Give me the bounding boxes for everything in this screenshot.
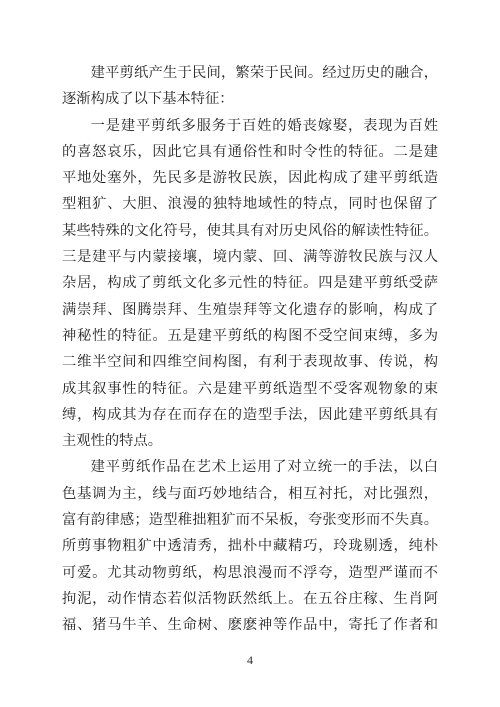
- text-line: 缚，构成其为存在而存在的造型手法，因此建平剪纸具有: [62, 402, 438, 428]
- text-line: 所剪事物粗犷中透清秀，拙朴中藏精巧，玲珑剔透，纯朴: [62, 533, 438, 559]
- text-line: 的喜怒哀乐，因此它具有通俗性和时令性的特征。二是建: [62, 139, 438, 165]
- text-line: 色基调为主，线与面巧妙地结合，相互衬托，对比强烈，: [62, 481, 438, 507]
- text-line: 某些特殊的文化符号，使其具有对历史风俗的解读性特征。: [62, 218, 438, 244]
- text-line: 型粗犷、大胆、浪漫的独特地域性的特点，同时也保留了: [62, 191, 438, 217]
- text-line: 一是建平剪纸多服务于百姓的婚丧嫁娶，表现为百姓: [62, 113, 438, 139]
- text-line: 平地处塞外，先民多是游牧民族，因此构成了建平剪纸造: [62, 165, 438, 191]
- text-line: 主观性的特点。: [62, 428, 438, 454]
- page-number: 4: [0, 653, 500, 667]
- text-line: 二维半空间和四维空间构图，有利于表现故事、传说，构: [62, 349, 438, 375]
- text-line: 拘泥，动作情态若似活物跃然纸上。在五谷庄稼、生肖阿: [62, 586, 438, 612]
- text-line: 成其叙事性的特征。六是建平剪纸造型不受客观物象的束: [62, 376, 438, 402]
- text-line: 逐渐构成了以下基本特征：: [62, 86, 438, 112]
- text-line: 建平剪纸产生于民间，繁荣于民间。经过历史的融合，: [62, 60, 438, 86]
- document-page: 建平剪纸产生于民间，繁荣于民间。经过历史的融合，逐渐构成了以下基本特征：一是建平…: [0, 0, 500, 707]
- text-line: 满崇拜、图腾崇拜、生殖崇拜等文化遗存的影响，构成了: [62, 297, 438, 323]
- text-line: 可爱。尤其动物剪纸，构思浪漫而不浮夸，造型严谨而不: [62, 560, 438, 586]
- text-line: 富有韵律感；造型稚拙粗犷而不呆板，夸张变形而不失真。: [62, 507, 438, 533]
- text-line: 杂居，构成了剪纸文化多元性的特征。四是建平剪纸受萨: [62, 270, 438, 296]
- text-line: 建平剪纸作品在艺术上运用了对立统一的手法，以白: [62, 454, 438, 480]
- text-line: 神秘性的特征。五是建平剪纸的构图不受空间束缚，多为: [62, 323, 438, 349]
- document-body: 建平剪纸产生于民间，繁荣于民间。经过历史的融合，逐渐构成了以下基本特征：一是建平…: [62, 60, 438, 639]
- text-line: 三是建平与内蒙接壤，境内蒙、回、满等游牧民族与汉人: [62, 244, 438, 270]
- text-line: 福、猪马牛羊、生命树、麽麽神等作品中，寄托了作者和: [62, 612, 438, 638]
